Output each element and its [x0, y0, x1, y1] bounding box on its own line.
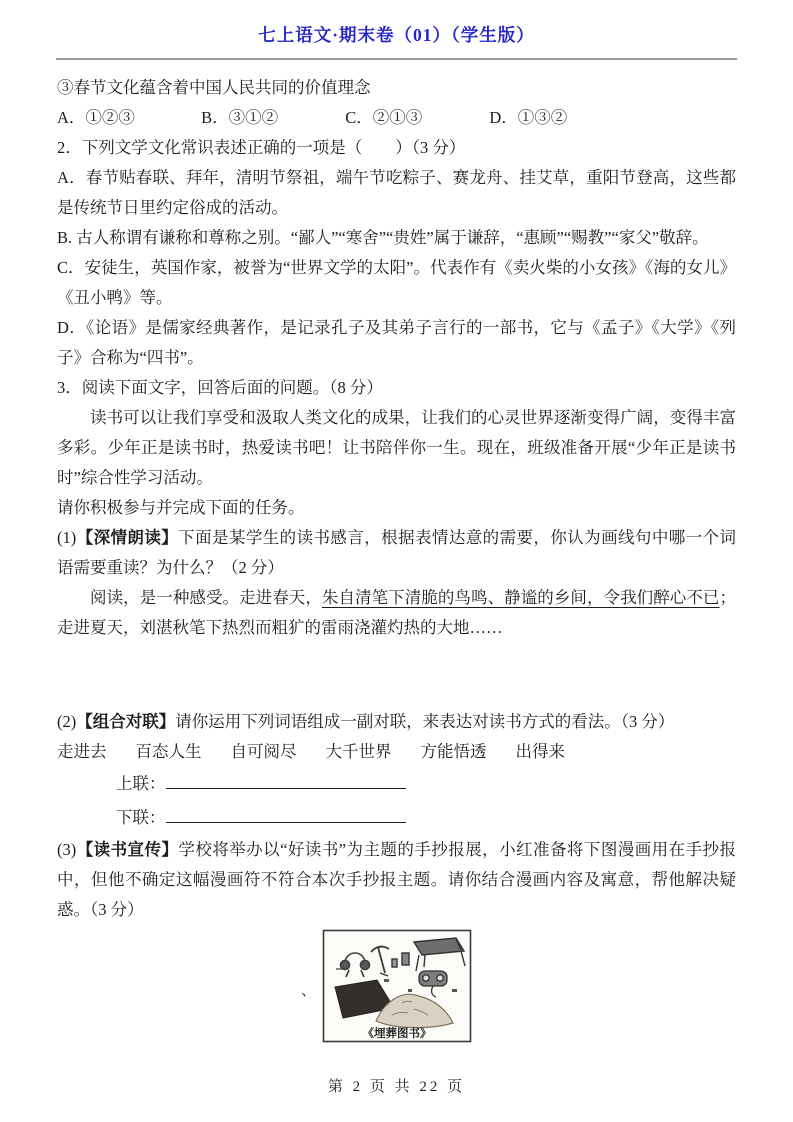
couplet-words-row: 走进去 百态人生 自可阅尽 大千世界 方能悟透 出得来	[57, 737, 736, 767]
q1-item3: ③春节文化蕴含着中国人民共同的价值理念	[57, 73, 736, 103]
lower-couplet-row: 下联：	[57, 801, 736, 835]
couplet-word: 方能悟透	[421, 737, 487, 767]
upper-couplet-label: 上联：	[116, 774, 166, 793]
q3-sub2-tag: 【组合对联】	[76, 712, 175, 731]
q3-sub1-quote: 阅读，是一种感受。走进春天，朱自清笔下清脆的鸟鸣、静谧的乡间，令我们醉心不已；走…	[57, 583, 736, 643]
q1-option-b: B．③①②	[201, 103, 341, 133]
quote-before: 阅读，是一种感受。走进春天，	[90, 588, 322, 607]
q3-intro: 读书可以让我们享受和汲取人类文化的成果，让我们的心灵世界逐渐变得广阔，变得丰富多…	[57, 403, 736, 493]
q3-sub2-stem: (2)【组合对联】请你运用下列词语组成一副对联，来表达对读书方式的看法。（3 分…	[57, 707, 736, 737]
header-divider	[56, 58, 737, 60]
q1-option-a: A．①②③	[57, 103, 197, 133]
page-number: 第 2 页 共 22 页	[328, 1079, 465, 1095]
q2-option-d: D．《论语》是儒家经典著作，是记录孔子及其弟子言行的一部书，它与《孟子》《大学》…	[57, 313, 736, 373]
exam-page: 七上语文·期末卷（01）（学生版） ③春节文化蕴含着中国人民共同的价值理念 A．…	[0, 0, 793, 1122]
lower-couplet-blank	[166, 806, 406, 823]
q1-options-row: A．①②③ B．③①② C．②①③ D．①③②	[57, 103, 736, 133]
page-title: 七上语文·期末卷（01）（学生版）	[0, 22, 793, 47]
couplet-word: 百态人生	[136, 737, 202, 767]
q3-sub3-num: (3)	[57, 840, 76, 859]
couplet-word: 走进去	[57, 737, 107, 767]
q3-task-note: 请你积极参与并完成下面的任务。	[57, 493, 736, 523]
q3-sub1-tag: 【深情朗读】	[76, 528, 178, 547]
couplet-word: 自可阅尽	[231, 737, 297, 767]
quote-underlined-segment: 朱自清笔下清脆的鸟鸣、静谧的乡间，令我们醉心不已	[322, 588, 720, 607]
q1-option-d: D．①③②	[489, 103, 567, 133]
cartoon-caption: 《埋葬图书》	[362, 1026, 431, 1040]
q2-stem: 2．下列文学文化常识表述正确的一项是（ ）（3 分）	[57, 133, 736, 163]
q2-option-a: A．春节贴春联、拜年，清明节祭祖，端午节吃粽子、赛龙舟、挂艾草，重阳节登高，这些…	[57, 163, 736, 223]
page-header: 七上语文·期末卷（01）（学生版）	[0, 0, 793, 60]
couplet-word: 大千世界	[326, 737, 392, 767]
blank-answer-space	[57, 643, 736, 707]
q1-option-c: C．②①③	[345, 103, 485, 133]
page-footer: 第 2 页 共 22 页	[0, 1075, 793, 1096]
exam-content: ③春节文化蕴含着中国人民共同的价值理念 A．①②③ B．③①② C．②①③ D．…	[57, 73, 736, 1047]
q3-stem: 3．阅读下面文字，回答后面的问题。（8 分）	[57, 373, 736, 403]
couplet-word: 出得来	[516, 737, 566, 767]
cartoon-figure: 、	[57, 929, 736, 1047]
q3-sub1-stem: (1)【深情朗读】下面是某学生的读书感言，根据表情达意的需要，你认为画线句中哪一…	[57, 523, 736, 583]
lower-couplet-label: 下联：	[116, 808, 166, 827]
q3-sub2-num: (2)	[57, 712, 76, 731]
upper-couplet-blank	[166, 772, 406, 789]
burying-books-cartoon: 《埋葬图书》	[322, 929, 472, 1043]
upper-couplet-row: 上联：	[57, 767, 736, 801]
q3-sub3-tag: 【读书宣传】	[76, 840, 178, 859]
stray-mark: 、	[301, 979, 316, 1000]
q3-sub2-text: 请你运用下列词语组成一副对联，来表达对读书方式的看法。（3 分）	[175, 712, 674, 731]
q3-sub1-num: (1)	[57, 528, 76, 547]
q2-option-b: B. 古人称谓有谦称和尊称之别。“鄙人”“寒舍”“贵姓”属于谦辞，“惠顾”“赐教…	[57, 223, 736, 253]
q2-option-c: C．安徒生，英国作家，被誉为“世界文学的太阳”。代表作有《卖火柴的小女孩》《海的…	[57, 253, 736, 313]
q3-sub3-stem: (3)【读书宣传】学校将举办以“好读书”为主题的手抄报展，小红准备将下图漫画用在…	[57, 835, 736, 925]
